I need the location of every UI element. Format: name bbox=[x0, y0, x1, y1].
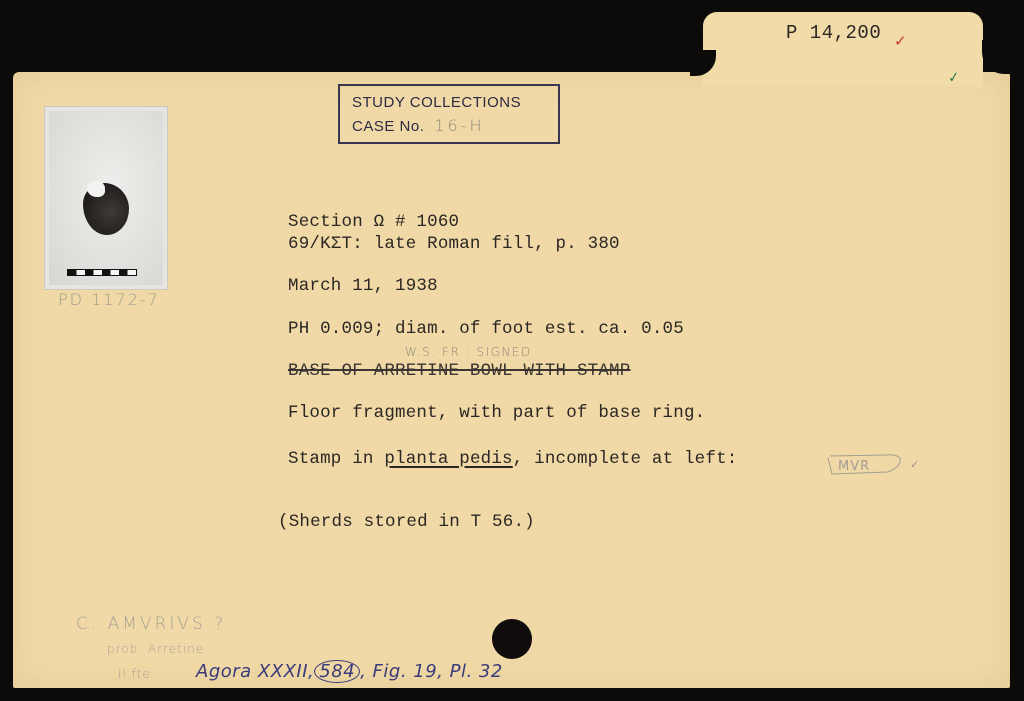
red-check-icon: ✓ bbox=[894, 32, 907, 50]
punch-hole bbox=[492, 619, 532, 659]
publication-reference: Agora XXXII,584, Fig. 19, Pl. 32 bbox=[196, 661, 503, 682]
planta-pedis: planta pedis bbox=[384, 449, 512, 469]
sherd-break bbox=[87, 181, 105, 197]
catalog-number: P 14,200 bbox=[786, 22, 881, 44]
stamp-case: CASE No.16-H bbox=[352, 116, 485, 135]
scale-bar-icon bbox=[67, 269, 137, 276]
publication-number: 584 bbox=[314, 660, 360, 683]
photo-number: PD 1172-7 bbox=[58, 290, 160, 309]
stamp-line: Stamp in planta pedis, incomplete at lef… bbox=[288, 449, 738, 469]
context-line: 69/ΚΣΤ: late Roman fill, p. 380 bbox=[288, 234, 620, 254]
case-label: CASE No. bbox=[352, 118, 424, 135]
pencil-note: W.S. FR : SIGNED bbox=[405, 345, 532, 359]
sherd-photo bbox=[44, 106, 168, 290]
date-line: March 11, 1938 bbox=[288, 276, 438, 296]
publication-prefix: Agora XXXII, bbox=[196, 661, 314, 682]
photo-background bbox=[49, 111, 163, 285]
sketch-check-icon: ✓ bbox=[910, 458, 919, 471]
attribution-note: C. AMVRIVS ? bbox=[76, 614, 226, 634]
storage-line: (Sherds stored in T 56.) bbox=[278, 512, 535, 532]
origin-note: prob. Arretine bbox=[107, 642, 204, 656]
case-value: 16-H bbox=[434, 116, 484, 135]
dimensions-line: PH 0.009; diam. of foot est. ca. 0.05 bbox=[288, 319, 684, 339]
struck-title-line: BASE OF ARRETINE BOWL WITH STAMP bbox=[288, 361, 630, 381]
stamp-sketch-icon: MVR bbox=[826, 452, 904, 476]
publication-suffix: , Fig. 19, Pl. 32 bbox=[360, 661, 503, 682]
pencil-mark-note: Il.fte bbox=[118, 667, 151, 681]
study-collections-stamp: STUDY COLLECTIONS CASE No.16-H bbox=[338, 84, 560, 144]
stamp-suffix: , incomplete at left: bbox=[513, 449, 738, 469]
green-check-icon: ✓ bbox=[947, 69, 961, 86]
stamp-title: STUDY COLLECTIONS bbox=[352, 94, 521, 111]
section-line: Section Ω # 1060 bbox=[288, 212, 459, 232]
description-line: Floor fragment, with part of base ring. bbox=[288, 403, 705, 423]
tab-notch-right bbox=[982, 40, 1012, 74]
stamp-prefix: Stamp in bbox=[288, 449, 384, 469]
svg-text:MVR: MVR bbox=[838, 459, 870, 474]
